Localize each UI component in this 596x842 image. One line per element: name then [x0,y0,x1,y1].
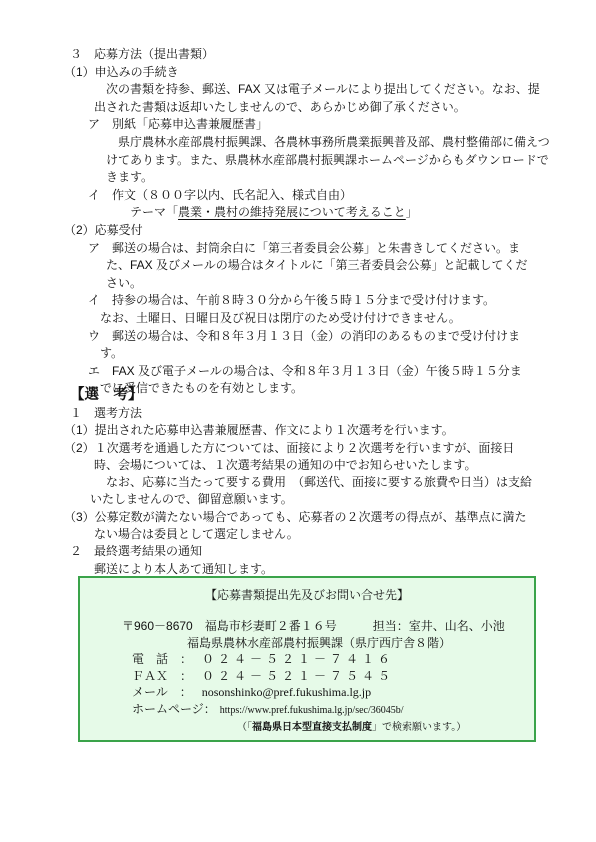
text-line: ア 郵送の場合は、封筒余白に「第三者委員会公募」と朱書きしてください。ま [88,240,596,258]
text-line: なお、土曜日、日曜日及び祝日は閉庁のため受け付けできません。 [100,310,596,328]
text-line: た、FAX 及びメールの場合はタイトルに「第三者委員会公募」と記載してくだ [106,257,596,275]
text-line: ない場合は委員として選定しません。 [94,526,596,543]
search-hint-line: （「福島県日本型直接支払制度」で検索願います。） [237,720,534,737]
contact-address-line2: 福島県農林水産部農村振興課（県庁西庁舎８階） [187,635,534,652]
text-line: す。 [100,345,596,363]
mail-address: nosonshinko@pref.fukushima.lg.jp [202,685,371,699]
contact-homepage-line: ホームページ：https://www.pref.fukushima.lg.jp/… [132,701,534,720]
text-line: ２ 最終選考結果の通知 [70,543,596,560]
text-line: いたしませんので、御留意願います。 [90,491,596,508]
text-line: イ 作文（８００字以内、氏名記入、様式自由） [88,187,596,205]
contact-address-line1: 〒960－8670 福島市杉妻町２番１６号 担当：室井、山名、小池 [122,618,534,635]
contact-info-box: 【応募書類提出先及びお問い合せ先】 〒960－8670 福島市杉妻町２番１６号 … [78,576,536,742]
homepage-url: https://www.pref.fukushima.lg.jp/sec/360… [220,705,404,716]
text-line: 県庁農林水産部農村振興課、各農林事務所農業振興普及部、農村整備部に備えつ [118,134,596,152]
text-line: なお、応募に当たって要する費用 （郵送代、面接に要する旅費や日当）は支給 [106,474,596,491]
text-line: イ 持参の場合は、午前８時３０分から午後５時１５分まで受け付けます。 [88,292,596,310]
text-line: ア 別紙「応募申込書兼履歴書」 [88,116,596,134]
text-line: ３ 応募方法（提出書類） [70,46,596,64]
search-hint-suffix: 」で検索願います。） [372,722,466,733]
text-line: でに受信できたものを有効とします。 [100,380,596,398]
text-line: 次の書類を持参、郵送、FAX 又は電子メールにより提出してください。なお、提 [106,81,596,99]
text-line: けてあります。また、県農林水産部農村振興課ホームページからもダウンロードで [106,152,596,170]
theme-underlined-text: 農業・農村の維持発展について考えること [178,205,406,219]
text-line: （2）１次選考を通過した方については、面接により２次選考を行いますが、面接日 [64,440,596,457]
theme-suffix: 」 [406,205,418,219]
text-line: さい。 [106,275,596,293]
text-line: （1）提出された応募申込書兼履歴書、作文により１次選考を行います。 [64,422,596,439]
contact-fax-line: ＦＡＸ ：０２４－５２１－７５４５ [132,668,534,685]
contact-mail-line: メール ：nosonshinko@pref.fukushima.lg.jp [132,684,534,701]
section-application-method: ３ 応募方法（提出書類） （1）申込みの手続き 次の書類を持参、郵送、FAX 又… [0,46,596,398]
text-line: （1）申込みの手続き [64,64,596,82]
homepage-label: ホームページ： [132,702,216,716]
tel-label: 電 話 ： [132,652,192,666]
contact-box-title: 【応募書類提出先及びお問い合せ先】 [80,587,534,603]
theme-prefix: テーマ「 [130,205,178,219]
document-page: ３ 応募方法（提出書類） （1）申込みの手続き 次の書類を持参、郵送、FAX 又… [0,0,596,842]
tel-number: ０２４－５２１－７４１６ [202,652,394,666]
text-line: 時、会場については、１次選考結果の通知の中でお知らせいたします。 [94,457,596,474]
selection-section-header: 【選 考】 [70,383,143,404]
text-line: 出された書類は返却いたしませんので、あらかじめ御了承ください。 [94,99,596,117]
text-line: １ 選考方法 [70,405,596,422]
text-line: （3）公募定数が満たない場合であっても、応募者の２次選考の得点が、基準点に満た [64,509,596,526]
text-line: （2）応募受付 [64,222,596,240]
search-keyword: 福島県日本型直接支払制度 [252,722,372,733]
mail-label: メール ： [132,685,192,699]
theme-line: テーマ「農業・農村の維持発展について考えること」 [130,204,596,222]
fax-number: ０２４－５２１－７５４５ [202,669,394,683]
search-hint-prefix: （「 [237,722,252,733]
contact-tel-line: 電 話 ：０２４－５２１－７４１６ [132,651,534,668]
section-selection: １ 選考方法 （1）提出された応募申込書兼履歴書、作文により１次選考を行います。… [0,405,596,578]
fax-label: ＦＡＸ ： [132,669,192,683]
text-line: きます。 [106,169,596,187]
text-line: ウ 郵送の場合は、令和８年３月１３日（金）の消印のあるものまで受け付けま [88,328,596,346]
text-line: エ FAX 及び電子メールの場合は、令和８年３月１３日（金）午後５時１５分ま [88,363,596,381]
